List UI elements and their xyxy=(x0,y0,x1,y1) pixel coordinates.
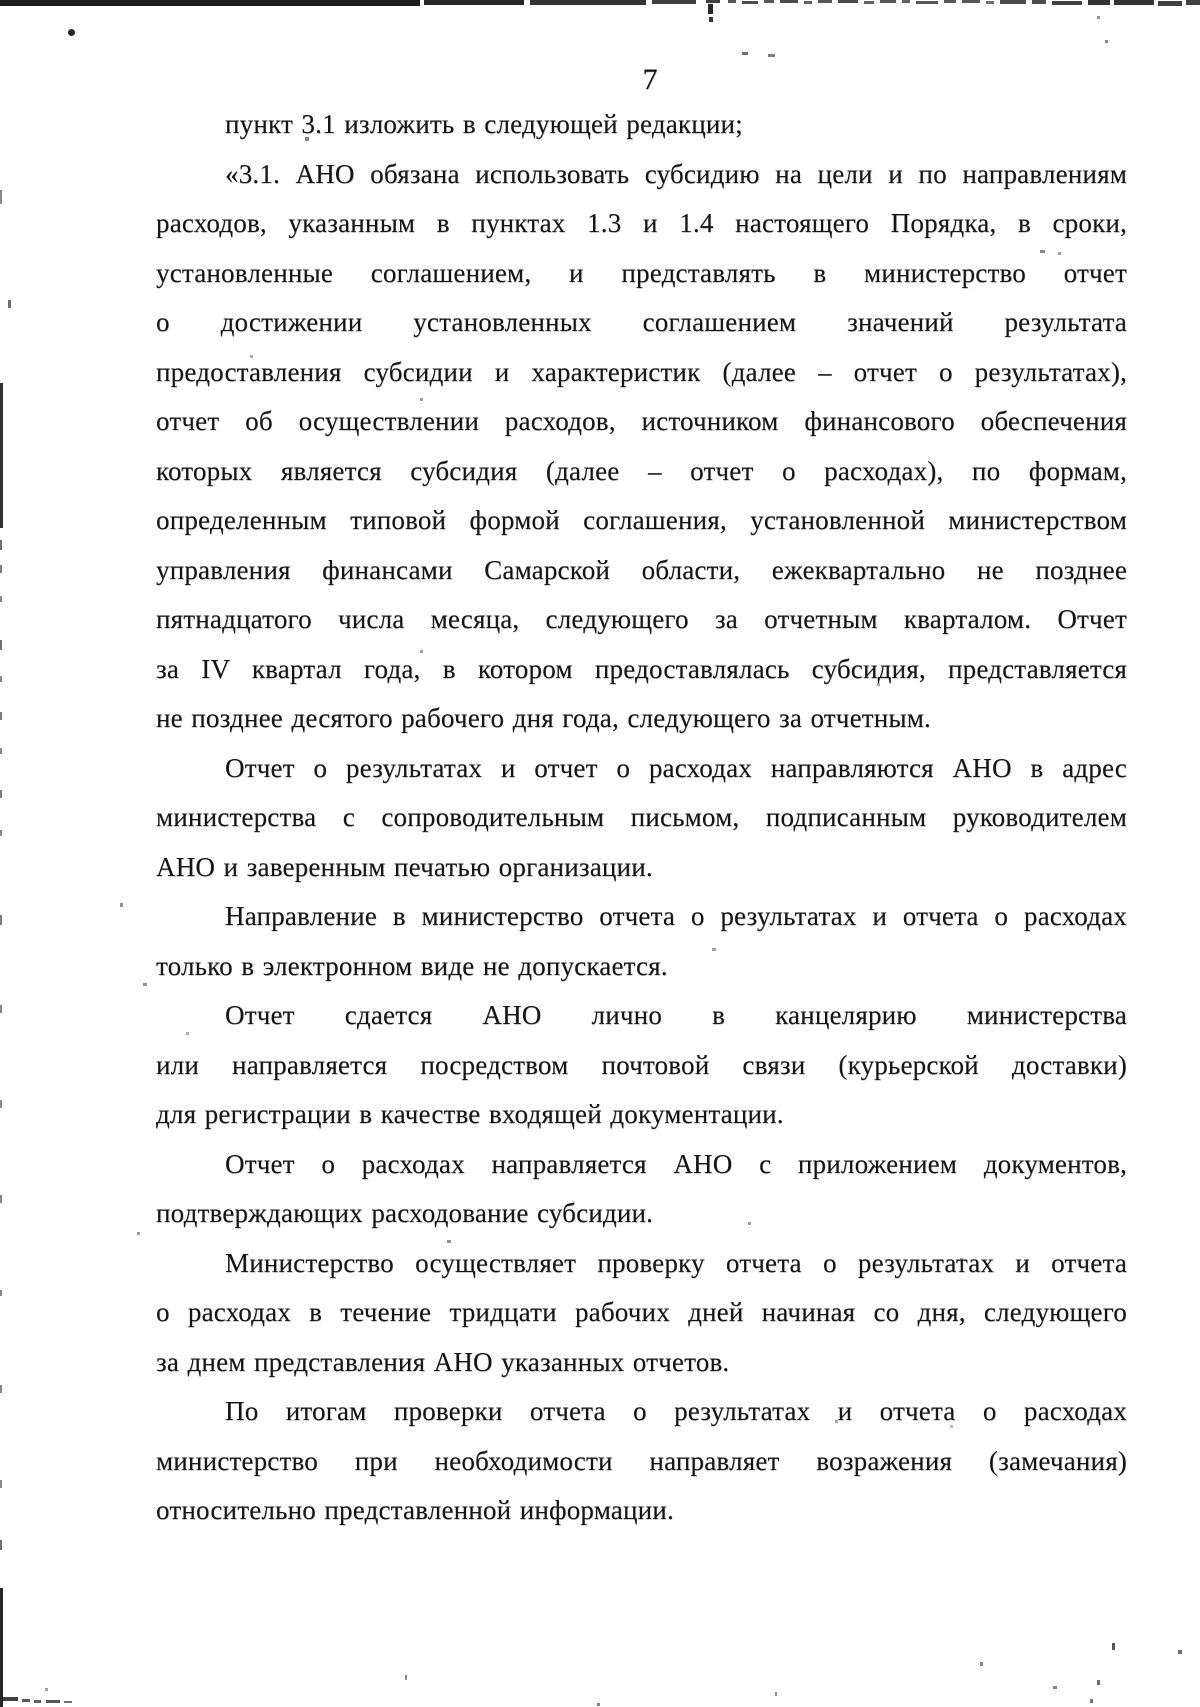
scan-artifact xyxy=(0,676,2,682)
scan-artifact xyxy=(986,1,994,4)
scan-artifact xyxy=(1097,16,1100,19)
scan-artifact xyxy=(1112,1643,1115,1650)
text-line: Отчет о результатах и отчет о расходах н… xyxy=(156,744,1127,794)
scan-artifact xyxy=(597,1703,600,1706)
scan-artifact xyxy=(1105,40,1108,43)
scan-artifact xyxy=(405,1675,407,1680)
scan-artifact xyxy=(764,0,774,3)
text-line: или направляется посредством почтовой св… xyxy=(156,1041,1127,1091)
text-line: пятнадцатого числа месяца, следующего за… xyxy=(156,595,1127,645)
scan-artifact xyxy=(902,0,910,3)
text-line: «3.1. АНО обязана использовать субсидию … xyxy=(156,150,1127,200)
scan-artifact xyxy=(0,190,2,204)
scan-artifact xyxy=(0,1005,2,1013)
scan-artifact xyxy=(916,1,938,4)
scan-artifact xyxy=(712,948,716,951)
scan-artifact xyxy=(0,640,2,650)
scan-artifact xyxy=(8,300,11,308)
text-line: Отчет сдается АНО лично в канцелярию мин… xyxy=(156,991,1127,1041)
scan-artifact xyxy=(1178,1650,1182,1654)
scan-artifact xyxy=(137,1232,140,1235)
scan-artifact xyxy=(728,0,736,3)
scan-artifact xyxy=(1040,250,1045,253)
text-line: определенным типовой формой соглашения, … xyxy=(156,496,1127,546)
scan-artifact xyxy=(838,0,858,3)
scanned-document-page: 7 пункт 3.1 изложить в следующей редакци… xyxy=(0,0,1200,1707)
scan-artifact xyxy=(530,0,646,5)
text-line: за IV квартал года, в котором предоставл… xyxy=(156,645,1127,695)
scan-artifact xyxy=(742,1,758,4)
text-line: расходов, указанным в пунктах 1.3 и 1.4 … xyxy=(156,199,1127,249)
text-line: отчет об осуществлении расходов, источни… xyxy=(156,397,1127,447)
document-body: пункт 3.1 изложить в следующей редакции;… xyxy=(156,100,1127,1536)
scan-artifact xyxy=(0,712,2,720)
text-line: для регистрации в качестве входящей доку… xyxy=(156,1090,1127,1140)
scan-artifact xyxy=(1114,0,1154,5)
scan-artifact xyxy=(980,1662,983,1666)
scan-artifact xyxy=(1052,1,1082,5)
scan-artifact xyxy=(1090,1699,1093,1703)
scan-artifact xyxy=(64,1701,72,1703)
scan-artifact xyxy=(775,1692,777,1696)
scan-artifact xyxy=(1186,0,1200,5)
text-line: министерства с сопроводительным письмом,… xyxy=(156,793,1127,843)
scan-artifact xyxy=(1097,1680,1100,1685)
scan-artifact xyxy=(0,1480,2,1488)
scan-artifact xyxy=(0,830,2,836)
text-line: не позднее десятого рабочего дня года, с… xyxy=(156,694,1127,744)
scan-artifact xyxy=(0,540,2,550)
scan-artifact xyxy=(45,1688,48,1691)
scan-artifact xyxy=(0,1540,2,1550)
text-line: относительно представленной информации. xyxy=(156,1486,1127,1536)
scan-artifact xyxy=(708,4,713,14)
scan-artifact xyxy=(2,1697,18,1701)
scan-artifact xyxy=(1053,1686,1057,1689)
scan-artifact xyxy=(818,0,832,3)
scan-artifact xyxy=(0,565,2,573)
scan-artifact xyxy=(768,54,775,57)
scan-artifact xyxy=(250,355,253,358)
scan-artifact xyxy=(652,0,696,4)
text-line: АНО и заверенным печатью организации. xyxy=(156,843,1127,893)
scan-artifact xyxy=(0,1588,3,1707)
text-line: предоставления субсидии и характеристик … xyxy=(156,348,1127,398)
scan-artifact xyxy=(447,1240,451,1243)
text-line: управления финансами Самарской области, … xyxy=(156,546,1127,596)
scan-artifact xyxy=(0,1385,2,1393)
scan-artifact xyxy=(962,0,980,3)
scan-artifact xyxy=(34,1700,41,1703)
scan-artifact xyxy=(709,17,713,22)
text-line: Направление в министерство отчета о резу… xyxy=(156,892,1127,942)
scan-artifact xyxy=(880,0,896,3)
scan-artifact xyxy=(877,683,880,686)
scan-artifact xyxy=(186,1032,189,1035)
scan-artifact xyxy=(1088,0,1110,5)
scan-artifact xyxy=(305,137,309,141)
text-line: Отчет о расходах направляется АНО с прил… xyxy=(156,1140,1127,1190)
text-line: По итогам проверки отчета о результатах … xyxy=(156,1387,1127,1437)
scan-artifact xyxy=(120,903,123,907)
scan-artifact xyxy=(835,1420,838,1423)
text-line: о расходах в течение тридцати рабочих дн… xyxy=(156,1288,1127,1338)
scan-artifact xyxy=(950,1425,953,1428)
scan-artifact xyxy=(0,748,2,754)
scan-artifact xyxy=(0,1290,2,1296)
text-line: пункт 3.1 изложить в следующей редакции; xyxy=(156,100,1127,150)
scan-artifact xyxy=(424,0,524,5)
scan-artifact xyxy=(420,650,423,653)
scan-artifact xyxy=(780,0,798,3)
scan-artifact xyxy=(1058,252,1061,255)
scan-artifact xyxy=(0,596,2,602)
text-line: только в электронном виде не допускается… xyxy=(156,942,1127,992)
text-line: Министерство осуществляет проверку отчет… xyxy=(156,1239,1127,1289)
scan-artifact xyxy=(0,383,3,528)
scan-artifact xyxy=(706,0,720,3)
scan-artifact xyxy=(0,1100,2,1108)
text-line: подтверждающих расходование субсидии. xyxy=(156,1189,1127,1239)
scan-artifact xyxy=(864,1,874,4)
scan-artifact xyxy=(46,1700,60,1703)
scan-artifact xyxy=(420,398,423,401)
text-line: за днем представления АНО указанных отче… xyxy=(156,1338,1127,1388)
scan-artifact xyxy=(0,1195,2,1203)
scan-artifact xyxy=(68,29,75,36)
scan-artifact xyxy=(0,915,2,925)
scan-artifact xyxy=(742,52,748,55)
page-number: 7 xyxy=(590,62,710,98)
scan-artifact xyxy=(0,0,420,6)
scan-artifact xyxy=(143,983,147,986)
text-line: о достижении установленных соглашением з… xyxy=(156,298,1127,348)
scan-artifact xyxy=(0,790,2,798)
text-line: установленные соглашением, и представлят… xyxy=(156,249,1127,299)
scan-artifact xyxy=(1032,0,1046,4)
scan-artifact xyxy=(22,1699,30,1702)
text-line: министерство при необходимости направляе… xyxy=(156,1437,1127,1487)
scan-artifact xyxy=(944,0,956,3)
scan-artifact xyxy=(1025,518,1028,521)
scan-artifact xyxy=(748,1222,751,1225)
scan-artifact xyxy=(960,1258,963,1261)
scan-artifact xyxy=(1000,0,1026,4)
scan-artifact xyxy=(804,1,812,4)
text-line: которых является субсидия (далее – отчет… xyxy=(156,447,1127,497)
scan-artifact xyxy=(1158,1,1182,6)
